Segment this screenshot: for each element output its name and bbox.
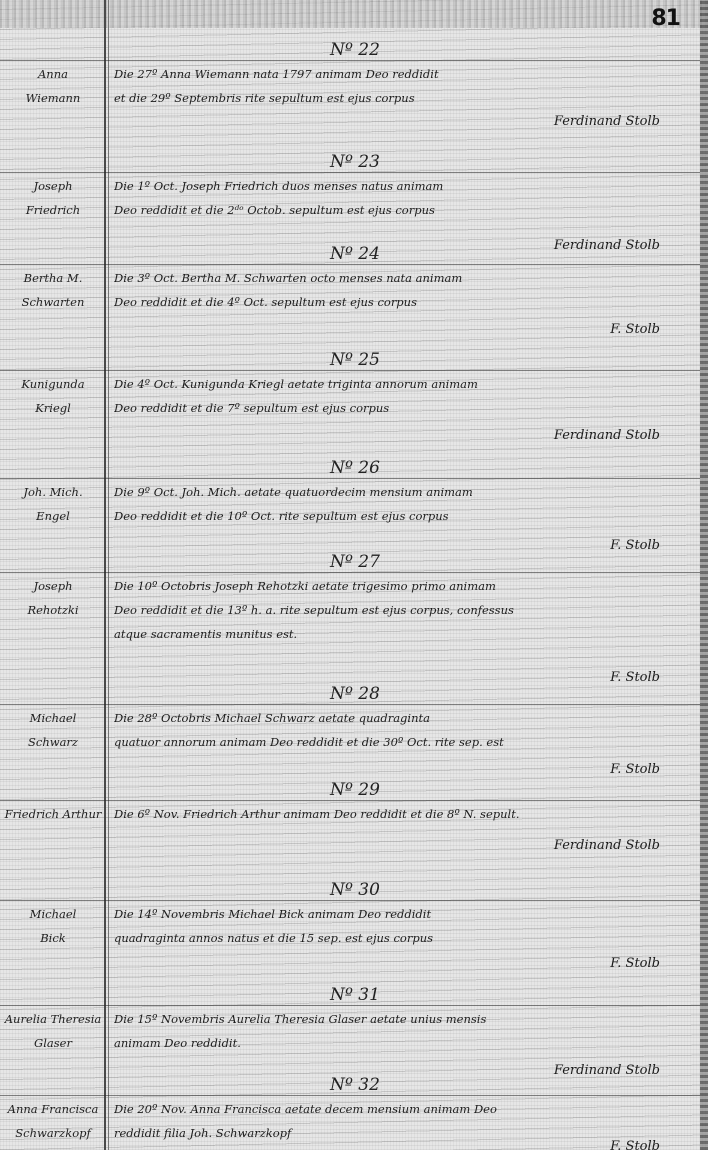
priest-signature: F. Stolb <box>610 670 660 685</box>
entry-text-line: atque sacramentis munitus est. <box>114 622 700 646</box>
entry-text-line: et die 29º Septembris rite sepultum est … <box>114 86 700 110</box>
entry-number: Nº 22 <box>330 40 380 60</box>
entry-text-line: Die 1º Oct. Joseph Friedrich duos menses… <box>114 174 700 198</box>
margin-name-line: Rehotzki <box>4 598 102 622</box>
register-page: 81 Nº 22AnnaWiemannDie 27º Anna Wiemann … <box>0 0 708 1150</box>
entry-text: Die 14º Novembris Michael Bick animam De… <box>114 902 700 950</box>
deceased-name-margin: JosephFriedrich <box>4 174 102 222</box>
margin-name-line: Michael <box>4 706 102 730</box>
ruled-line <box>0 800 700 801</box>
ruled-line <box>0 704 700 705</box>
margin-name-line: Anna Francisca <box>4 1097 102 1121</box>
entry-text-line: Deo reddidit et die 10º Oct. rite sepult… <box>114 504 700 528</box>
ruled-line <box>0 60 700 61</box>
margin-name-line: Schwarz <box>4 730 102 754</box>
entry-number: Nº 32 <box>330 1075 380 1095</box>
entry-number: Nº 30 <box>330 880 380 900</box>
deceased-name-margin: Anna FranciscaSchwarzkopf <box>4 1097 102 1145</box>
entry-text-line: Die 20º Nov. Anna Francisca aetate decem… <box>114 1097 700 1121</box>
entry-text-line: Die 28º Octobris Michael Schwarz aetate … <box>114 706 700 730</box>
entry-text-line: Die 14º Novembris Michael Bick animam De… <box>114 902 700 926</box>
scan-binding-edge <box>700 0 708 1150</box>
deceased-name-margin: JosephRehotzki <box>4 574 102 622</box>
priest-signature: Ferdinand Stolb <box>554 838 660 853</box>
entry-text-line: Die 9º Oct. Joh. Mich. aetate quatuordec… <box>114 480 700 504</box>
entry-text-line: Deo reddidit et die 7º sepultum est ejus… <box>114 396 700 420</box>
entry-text: Die 10º Octobris Joseph Rehotzki aetate … <box>114 574 700 646</box>
deceased-name-margin: MichaelSchwarz <box>4 706 102 754</box>
entry-text-line: quadraginta annos natus et die 15 sep. e… <box>114 926 700 950</box>
priest-signature: F. Stolb <box>610 322 660 337</box>
deceased-name-margin: Joh. Mich.Engel <box>4 480 102 528</box>
ruled-line <box>0 264 700 265</box>
priest-signature: Ferdinand Stolb <box>554 114 660 129</box>
deceased-name-margin: MichaelBick <box>4 902 102 950</box>
margin-name-line: Michael <box>4 902 102 926</box>
margin-name-line: Joh. Mich. <box>4 480 102 504</box>
priest-signature: Ferdinand Stolb <box>554 1063 660 1078</box>
entry-text: Die 6º Nov. Friedrich Arthur animam Deo … <box>114 802 700 826</box>
entry-text-line: Die 6º Nov. Friedrich Arthur animam Deo … <box>114 802 700 826</box>
ruled-line <box>0 478 700 479</box>
priest-signature: Ferdinand Stolb <box>554 428 660 443</box>
margin-name-line: Friedrich <box>4 198 102 222</box>
deceased-name-margin: KunigundaKriegl <box>4 372 102 420</box>
entry-text: Die 1º Oct. Joseph Friedrich duos menses… <box>114 174 700 222</box>
entry-text-line: Die 3º Oct. Bertha M. Schwarten octo men… <box>114 266 700 290</box>
priest-signature: F. Stolb <box>610 1139 660 1150</box>
margin-name-line: Joseph <box>4 574 102 598</box>
margin-name-line: Kunigunda <box>4 372 102 396</box>
entry-number: Nº 25 <box>330 350 380 370</box>
margin-name-line: Engel <box>4 504 102 528</box>
entry-text-line: Die 27º Anna Wiemann nata 1797 animam De… <box>114 62 700 86</box>
entry-text-line: Deo reddidit et die 13º h. a. rite sepul… <box>114 598 700 622</box>
ruled-line <box>0 1095 700 1096</box>
entry-number: Nº 31 <box>330 985 380 1005</box>
priest-signature: F. Stolb <box>610 762 660 777</box>
deceased-name-margin: Bertha M.Schwarten <box>4 266 102 314</box>
deceased-name-margin: AnnaWiemann <box>4 62 102 110</box>
deceased-name-margin: Aurelia TheresiaGlaser <box>4 1007 102 1055</box>
priest-signature: Ferdinand Stolb <box>554 238 660 253</box>
margin-name-line: Wiemann <box>4 86 102 110</box>
entry-text-line: Deo reddidit et die 2ᵈᵒ Octob. sepultum … <box>114 198 700 222</box>
entry-text: Die 27º Anna Wiemann nata 1797 animam De… <box>114 62 700 110</box>
entry-text-line: Deo reddidit et die 4º Oct. sepultum est… <box>114 290 700 314</box>
ruled-line <box>0 172 700 173</box>
margin-name-line: Bick <box>4 926 102 950</box>
ruled-line <box>0 900 700 901</box>
ruled-line <box>0 572 700 573</box>
entry-text: Die 28º Octobris Michael Schwarz aetate … <box>114 706 700 754</box>
margin-name-line: Schwarten <box>4 290 102 314</box>
entry-number: Nº 28 <box>330 684 380 704</box>
margin-name-line: Aurelia Theresia <box>4 1007 102 1031</box>
deceased-name-margin: Friedrich Arthur <box>4 802 102 826</box>
margin-name-line: Friedrich Arthur <box>4 802 102 826</box>
entry-text-line: animam Deo reddidit. <box>114 1031 700 1055</box>
entry-text: Die 15º Novembris Aurelia Theresia Glase… <box>114 1007 700 1055</box>
entry-text-line: Die 4º Oct. Kunigunda Kriegl aetate trig… <box>114 372 700 396</box>
entry-number: Nº 23 <box>330 152 380 172</box>
margin-name-line: Schwarzkopf <box>4 1121 102 1145</box>
margin-name-line: Kriegl <box>4 396 102 420</box>
entry-number: Nº 24 <box>330 244 380 264</box>
priest-signature: F. Stolb <box>610 956 660 971</box>
page-number: 81 <box>651 6 680 31</box>
entry-text-line: quatuor annorum animam Deo reddidit et d… <box>114 730 700 754</box>
entry-text-line: Die 10º Octobris Joseph Rehotzki aetate … <box>114 574 700 598</box>
entry-number: Nº 27 <box>330 552 380 572</box>
margin-name-line: Bertha M. <box>4 266 102 290</box>
priest-signature: F. Stolb <box>610 538 660 553</box>
entry-text: Die 3º Oct. Bertha M. Schwarten octo men… <box>114 266 700 314</box>
margin-name-line: Glaser <box>4 1031 102 1055</box>
entry-text: Die 9º Oct. Joh. Mich. aetate quatuordec… <box>114 480 700 528</box>
entry-text-line: Die 15º Novembris Aurelia Theresia Glase… <box>114 1007 700 1031</box>
scan-top-edge <box>0 0 708 28</box>
entry-number: Nº 29 <box>330 780 380 800</box>
margin-name-line: Joseph <box>4 174 102 198</box>
ruled-line <box>0 1005 700 1006</box>
entry-text: Die 4º Oct. Kunigunda Kriegl aetate trig… <box>114 372 700 420</box>
entry-number: Nº 26 <box>330 458 380 478</box>
entry-text: Die 20º Nov. Anna Francisca aetate decem… <box>114 1097 700 1145</box>
margin-name-line: Anna <box>4 62 102 86</box>
ruled-line <box>0 370 700 371</box>
